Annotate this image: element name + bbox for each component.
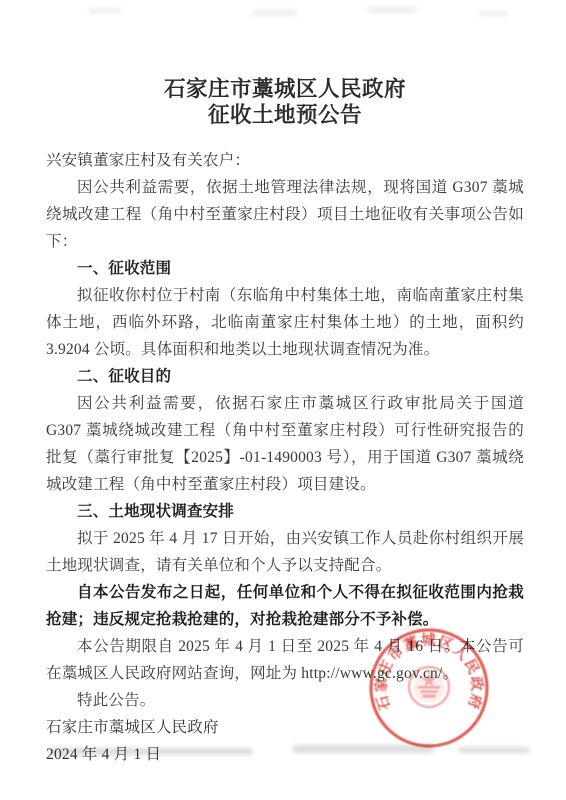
signature-org: 石家庄市藁城区人民政府 <box>46 714 524 741</box>
title-line-1: 石家庄市藁城区人民政府 <box>46 76 524 102</box>
intro-paragraph: 因公共利益需要，依据土地管理法律法规，现将国道 G307 藁城绕城改建工程（角中… <box>46 174 524 255</box>
survey-paragraph: 拟于 2025 年 4 月 17 日开始，由兴安镇工作人员赴你村组织开展土地现状… <box>46 525 524 579</box>
purpose-paragraph: 因公共利益需要，依据石家庄市藁城区行政审批局关于国道 G307 藁城绕城改建工程… <box>46 390 524 498</box>
section-heading-3: 三、土地现状调查安排 <box>46 498 524 525</box>
document-title: 石家庄市藁城区人民政府 征收土地预公告 <box>46 76 524 128</box>
section-heading-2: 二、征收目的 <box>46 363 524 390</box>
document-body: 石家庄市藁城区人民政府 征收土地预公告 兴安镇董家庄村及有关农户： 因公共利益需… <box>46 0 524 768</box>
scope-paragraph: 拟征收你村位于村南（东临角中村集体土地，南临南董家庄村集体土地，西临外环路，北临… <box>46 282 524 363</box>
signature-date: 2024 年 4 月 1 日 <box>46 741 524 768</box>
section-heading-1: 一、征收范围 <box>46 255 524 282</box>
scanned-notice-page: 石家庄市藁城区人民政府 征收土地预公告 兴安镇董家庄村及有关农户： 因公共利益需… <box>0 0 566 800</box>
closing-line: 特此公告。 <box>46 687 524 714</box>
title-line-2: 征收土地预公告 <box>46 102 524 128</box>
period-paragraph: 本公告期限自 2025 年 4 月 1 日至 2025 年 4 月 16 日。本… <box>46 633 524 687</box>
salutation: 兴安镇董家庄村及有关农户： <box>46 147 524 174</box>
warning-paragraph: 自本公告发布之日起，任何单位和个人不得在拟征收范围内抢栽抢建；违反规定抢栽抢建的… <box>46 579 524 633</box>
